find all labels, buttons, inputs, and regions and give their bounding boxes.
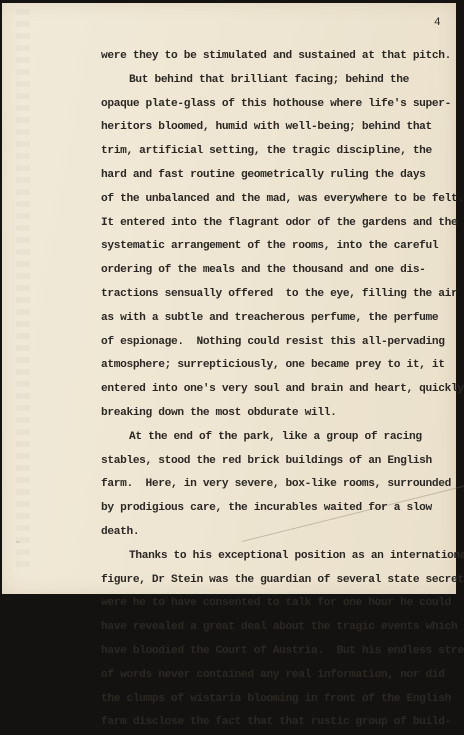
scan-frame: 4 ~ were they to be stimulated and susta… bbox=[0, 0, 464, 600]
text-line: of the unbalanced and the mad, was every… bbox=[101, 188, 451, 212]
text-line: trim, artificial setting, the tragic dis… bbox=[101, 140, 451, 164]
text-line: It entered into the flagrant odor of the… bbox=[101, 212, 451, 236]
margin-mark: ~ bbox=[16, 539, 20, 546]
text-line: were he to have consented to talk for on… bbox=[101, 592, 451, 600]
text-line: death. bbox=[101, 521, 451, 545]
text-line: figure, Dr Stein was the guardian of sev… bbox=[101, 569, 451, 593]
text-line: ordering of the meals and the thousand a… bbox=[101, 259, 451, 283]
text-line: At the end of the park, like a group of … bbox=[101, 426, 451, 450]
text-line: entered into one's very soul and brain a… bbox=[101, 378, 451, 402]
text-line: were they to be stimulated and sustained… bbox=[101, 45, 451, 69]
text-line: as with a subtle and treacherous perfume… bbox=[101, 307, 451, 331]
text-line: of espionage. Nothing could resist this … bbox=[101, 331, 451, 355]
text-line: atmosphere; surrepticiously, one became … bbox=[101, 354, 451, 378]
text-line: heritors bloomed, humid with well-being;… bbox=[101, 116, 451, 140]
text-line: Thanks to his exceptional position as an… bbox=[101, 545, 451, 569]
text-line: breaking down the most obdurate will. bbox=[101, 402, 451, 426]
text-line: by prodigious care, the incurables waite… bbox=[101, 497, 451, 521]
text-line: hard and fast routine geometrically ruli… bbox=[101, 164, 451, 188]
text-line: systematic arrangement of the rooms, int… bbox=[101, 235, 451, 259]
page-number: 4 bbox=[434, 17, 441, 29]
typewritten-page: 4 ~ were they to be stimulated and susta… bbox=[2, 3, 456, 594]
text-line: But behind that brilliant facing; behind… bbox=[101, 69, 451, 93]
body-text: were they to be stimulated and sustained… bbox=[101, 45, 451, 600]
text-line: stables, stood the red brick buildings o… bbox=[101, 450, 451, 474]
text-line: tractions sensually offered to the eye, … bbox=[101, 283, 451, 307]
text-line: farm. Here, in very severe, box-like roo… bbox=[101, 473, 451, 497]
text-line: opaque plate-glass of this hothouse wher… bbox=[101, 93, 451, 117]
